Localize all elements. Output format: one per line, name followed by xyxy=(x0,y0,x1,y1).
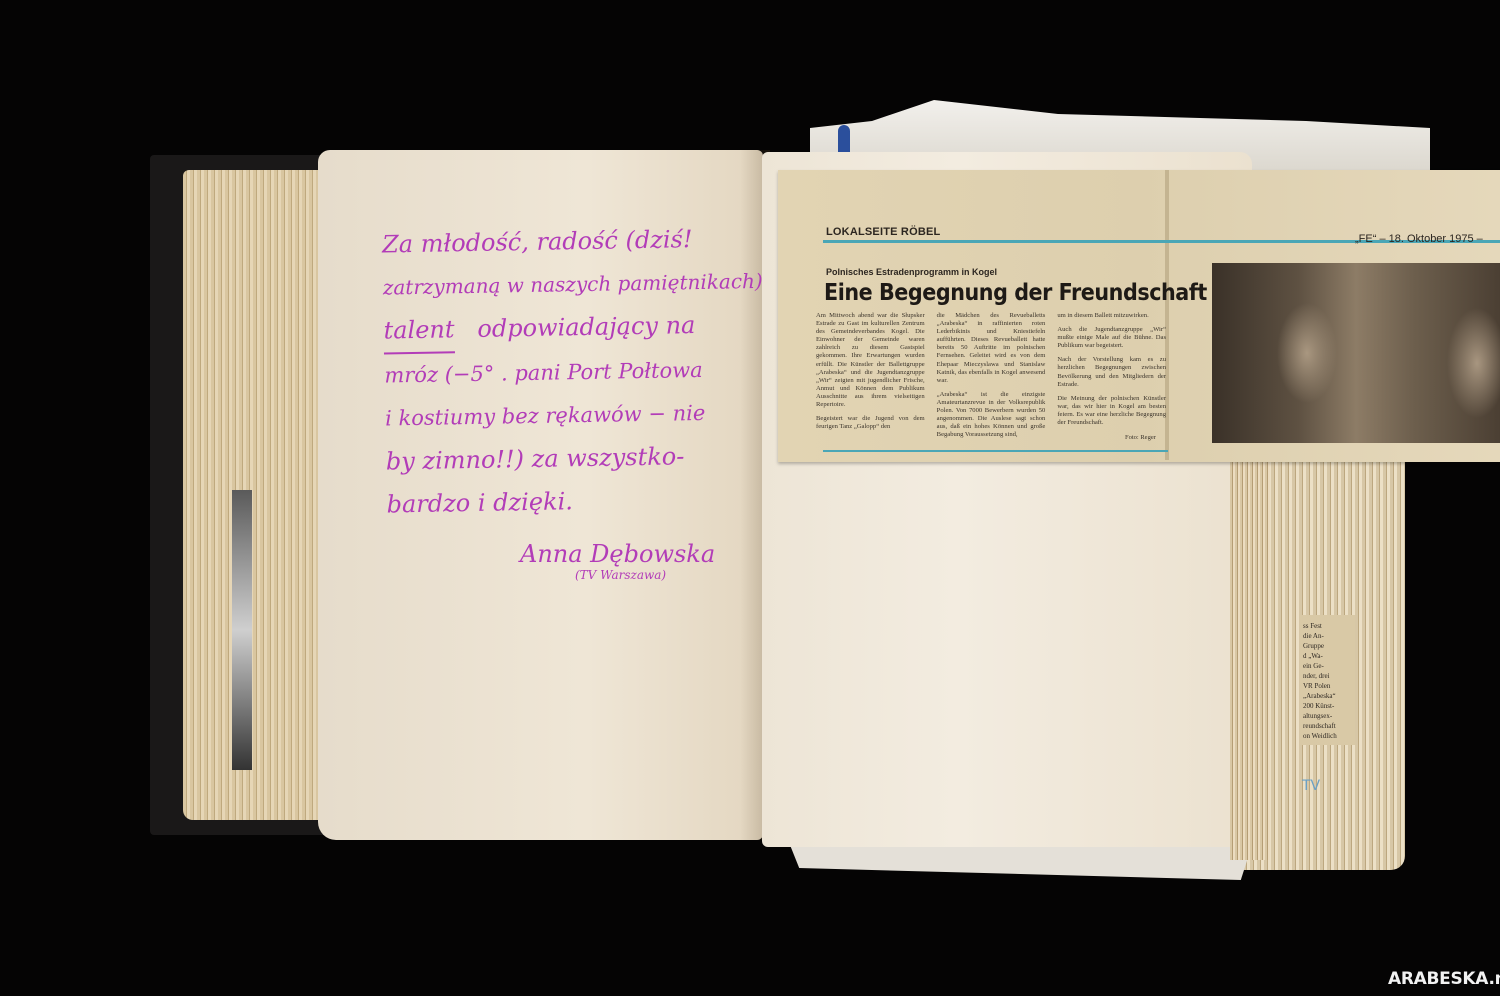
clipping-date: „FE“ – 18. Oktober 1975 – xyxy=(1355,233,1483,245)
clipping-paragraph: Am Mittwoch abend war die Słupsker Estra… xyxy=(816,312,925,409)
clipping-paragraph: um in diesem Ballett mitzuwirken. xyxy=(1057,312,1166,320)
small-clipping-line: „Arabeska“ xyxy=(1303,691,1352,701)
clipping-section-title: LOKALSEITE RÖBEL xyxy=(826,226,940,238)
signature: Anna Dębowska xyxy=(520,540,715,568)
handwriting-line: by zimno!!) za wszystko- xyxy=(386,434,787,484)
small-clipping-line: nder, drei xyxy=(1303,671,1352,681)
clipping-column: um in diesem Ballett mitzuwirken. Auch d… xyxy=(1057,312,1166,442)
handwriting-line: zatrzymaną w naszych pamiętnikach) xyxy=(382,260,783,310)
handwriting-line: talent odpowiadający na xyxy=(383,303,784,355)
left-page-stack xyxy=(183,170,333,820)
signature-affiliation: (TV Warszawa) xyxy=(575,568,666,582)
small-clipping-line: altungsex- xyxy=(1303,711,1352,721)
watermark: ARABESKA.net xyxy=(1388,969,1500,989)
handwriting-line: bardzo i dzięki. xyxy=(386,476,787,526)
small-clipping-line: on Weidlich xyxy=(1303,731,1352,741)
clipping-paragraph: Die Meinung der polnischen Künstler war,… xyxy=(1057,395,1166,427)
small-clipping-line: ein Ge- xyxy=(1303,661,1352,671)
clipping-paragraph: Auch die Jugendtanzgruppe „Wir“ mußte ei… xyxy=(1057,326,1166,350)
handwriting-line: i kostiumy bez rękawów − nie xyxy=(385,391,786,441)
small-clipping-line: die An- xyxy=(1303,631,1352,641)
clipping-paragraph: Nach der Vorstellung kam es zu herzliche… xyxy=(1057,356,1166,388)
clipping-paragraph: die Mädchen des Revueballetts „Arabeska“… xyxy=(937,312,1046,385)
small-clipping-line: 200 Künst- xyxy=(1303,701,1352,711)
small-clipping: ss Fest die An- Gruppe d „Wa- ein Ge- nd… xyxy=(1300,615,1355,745)
underlined-word: talent xyxy=(383,308,455,354)
clipping-kicker: Polnisches Estradenprogramm in Kogel xyxy=(826,267,997,277)
small-clipping-line: Gruppe xyxy=(1303,641,1352,651)
small-clipping-line: reundschaft xyxy=(1303,721,1352,731)
tv-doodle: TV xyxy=(1302,778,1320,794)
clipping-bottom-rule xyxy=(823,450,1168,452)
small-clipping-line: ss Fest xyxy=(1303,621,1352,631)
clipping-body: Am Mittwoch abend war die Słupsker Estra… xyxy=(816,312,1166,442)
clipping-headline: Eine Begegnung der Freundschaft xyxy=(824,280,1207,306)
clipping-paragraph: „Arabeska“ ist die einzigste Amateurtanz… xyxy=(937,391,1046,440)
small-clipping-line: VR Polen xyxy=(1303,681,1352,691)
dancers-photo xyxy=(1212,263,1500,443)
handwriting-fragment: odpowiadający na xyxy=(477,311,695,343)
photo-credit: Foto: Reger xyxy=(1125,434,1156,441)
tucked-photo xyxy=(232,490,252,770)
clipping-paragraph: Begeistert war die Jugend von dem feurig… xyxy=(816,415,925,431)
small-clipping-line: d „Wa- xyxy=(1303,651,1352,661)
handwriting-line: Za młodość, radość (dziś! xyxy=(382,217,783,267)
pen-icon xyxy=(838,125,850,155)
clipping-column: Am Mittwoch abend war die Słupsker Estra… xyxy=(816,312,925,442)
clipping-column: die Mädchen des Revueballetts „Arabeska“… xyxy=(937,312,1046,442)
handwriting-line: mróz (−5° . pani Port Połtowa xyxy=(384,348,785,398)
